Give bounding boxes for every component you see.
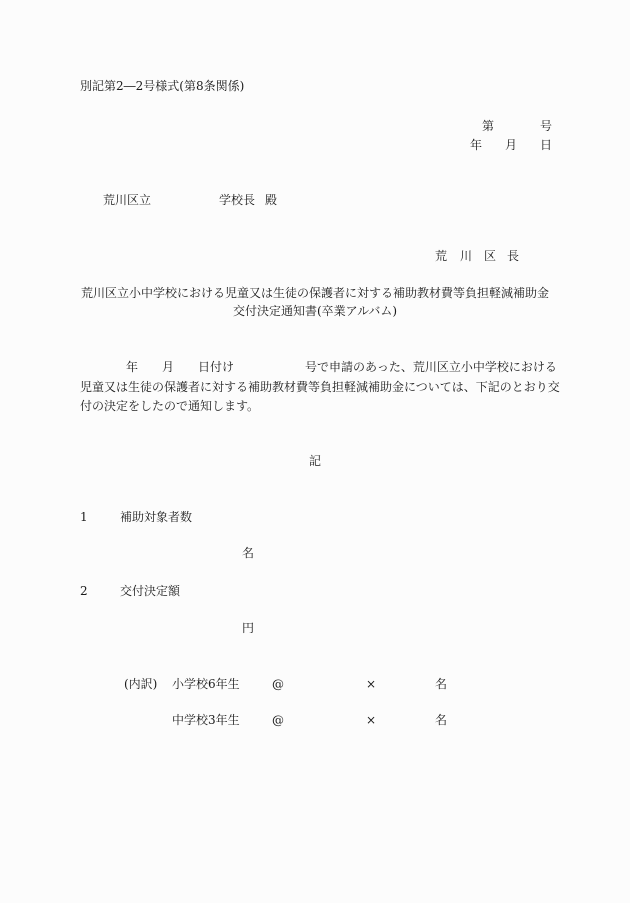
document-page: 別記第2―2号様式(第8条関係) 第 号 年 月 日 荒川区立 学校長 殿 荒 … xyxy=(0,0,630,903)
body-line1-rest: 号で申請のあった、荒川区立小中学校における xyxy=(305,361,557,373)
addressee-ward: 荒川区立 xyxy=(103,194,151,206)
item-number: 2 xyxy=(80,585,88,597)
body-line-3: 付の決定をしたので通知します。 xyxy=(80,400,259,412)
addressee-honorific: 殿 xyxy=(265,194,277,206)
addressee-principal: 学校長 xyxy=(219,194,255,206)
sender-char: 荒 xyxy=(435,250,447,262)
item-label: 交付決定額 xyxy=(120,585,180,597)
body-day-dated: 日付け xyxy=(198,361,234,373)
ki-heading: 記 xyxy=(309,455,321,467)
breakdown-times: × xyxy=(366,714,376,726)
breakdown-unit: 名 xyxy=(435,714,447,726)
breakdown-label: (内訳) xyxy=(124,678,157,690)
breakdown-at: @ xyxy=(272,678,284,690)
date-year: 年 xyxy=(470,139,482,151)
body-year: 年 xyxy=(126,361,138,373)
breakdown-unit: 名 xyxy=(435,678,447,690)
item-label: 補助対象者数 xyxy=(120,511,192,523)
form-id: 別記第2―2号様式(第8条関係) xyxy=(80,80,244,92)
breakdown-grade: 小学校6年生 xyxy=(172,678,240,690)
breakdown-grade: 中学校3年生 xyxy=(172,714,240,726)
item-number: 1 xyxy=(80,511,88,523)
sender-char: 長 xyxy=(507,250,519,262)
date-month: 月 xyxy=(505,139,517,151)
title-line-2: 交付決定通知書(卒業アルバム) xyxy=(0,305,630,317)
breakdown-times: × xyxy=(366,678,376,690)
body-month: 月 xyxy=(162,361,174,373)
item-unit: 名 xyxy=(242,547,254,559)
sender-char: 区 xyxy=(484,250,496,262)
item-unit: 円 xyxy=(242,622,254,634)
doc-number-dai: 第 xyxy=(482,120,494,132)
doc-number-go: 号 xyxy=(540,120,552,132)
sender-char: 川 xyxy=(460,250,472,262)
date-day: 日 xyxy=(540,139,552,151)
body-line-2: 児童又は生徒の保護者に対する補助教材費等負担軽減補助金については、下記のとおり交 xyxy=(80,381,560,393)
title-line-1: 荒川区立小中学校における児童又は生徒の保護者に対する補助教材費等負担軽減補助金 xyxy=(0,287,630,299)
breakdown-at: @ xyxy=(272,714,284,726)
